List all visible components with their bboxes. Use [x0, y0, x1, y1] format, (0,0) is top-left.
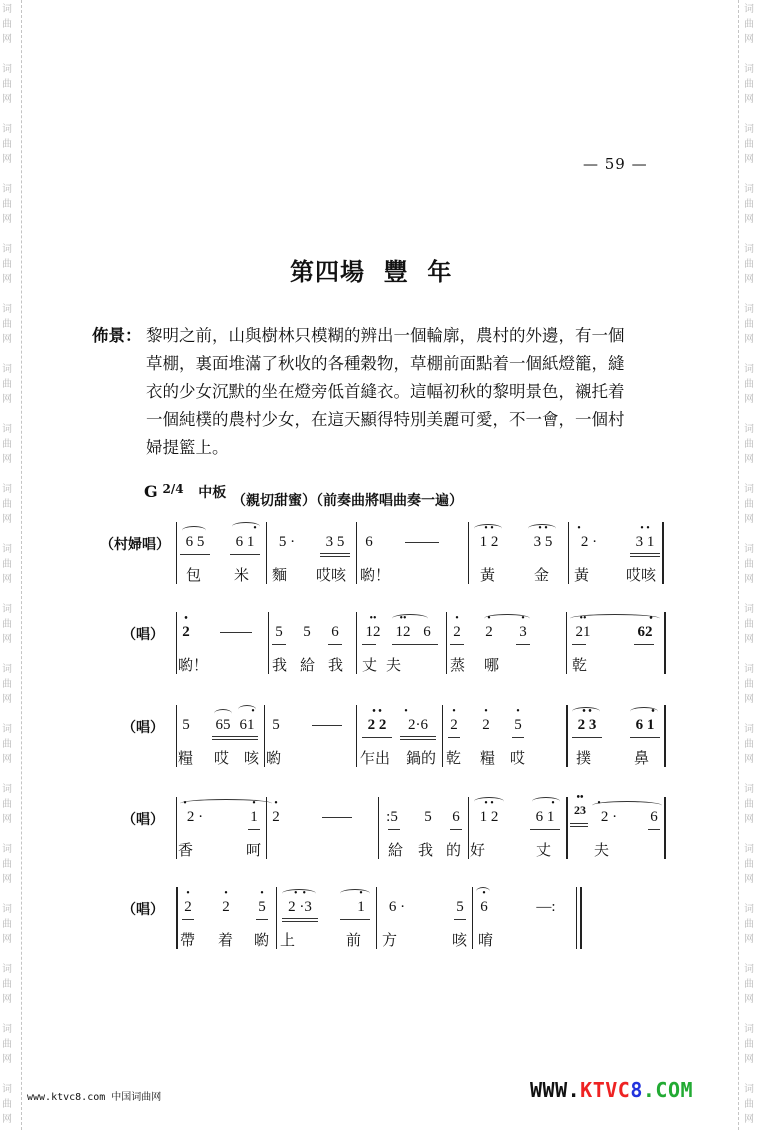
watermark-char: 曲 [2, 620, 12, 630]
underline-beam [248, 829, 260, 830]
watermark-char: 词 [744, 845, 754, 855]
watermark-char: 网 [2, 635, 12, 645]
watermark-char: 网 [2, 455, 12, 465]
watermark-char: 曲 [744, 920, 754, 930]
watermark-char: 曲 [2, 740, 12, 750]
watermark-char: 网 [744, 155, 754, 165]
watermark-char: 网 [2, 395, 12, 405]
watermark-char: 词 [2, 365, 12, 375]
barline [442, 705, 443, 767]
note-group: • •2 2 [362, 717, 392, 734]
watermark-char: 曲 [2, 1100, 12, 1110]
watermark-char: 网 [744, 215, 754, 225]
note-group: • •1 2 [474, 534, 504, 551]
watermark-char: 词 [744, 65, 754, 75]
octave-dot: • [182, 891, 194, 897]
note-group: • •3 1 [630, 534, 660, 551]
lyric: 哎咳 [316, 564, 346, 585]
lyric: 我 [418, 839, 433, 860]
watermark-char: 词 [2, 665, 12, 675]
octave-dot: • • [630, 526, 660, 532]
footer-site-text: www.ktvc8.com 中国词曲网 [27, 1088, 161, 1103]
watermark-char: 词 [2, 605, 12, 615]
watermark-char: 曲 [2, 800, 12, 810]
lyric: 乾 [446, 747, 461, 768]
watermark-char: 网 [744, 275, 754, 285]
watermark-char: 词 [2, 1025, 12, 1035]
barline [176, 705, 177, 767]
lyric: 好 [470, 839, 485, 860]
note-group: :5 [382, 809, 402, 826]
note-group: 5 · [272, 534, 302, 551]
watermark-char: 网 [744, 755, 754, 765]
score-row-4: （唱） •2 · •1 •2 :5 5 6 • •1 2 •6 1 ••23 •… [100, 797, 670, 867]
score-row-1: （村婦唱） 6 5 •6 1 5 · 3 5 6 • •1 2 • •3 5 •… [100, 522, 670, 592]
setting-line: 婦提籃上。 [146, 434, 686, 462]
setting-line: 草棚，裏面堆滿了秋收的各種穀物，草棚前面點着一個紙燈籠，縫 [146, 350, 686, 378]
watermark-char: 网 [744, 695, 754, 705]
lyric: 哪 [484, 654, 499, 675]
barline [176, 797, 177, 859]
octave-dot: • [478, 891, 490, 897]
barline [664, 705, 666, 767]
watermark-char: 网 [2, 695, 12, 705]
note-group: 6 [648, 809, 660, 826]
watermark-char: 曲 [744, 260, 754, 270]
watermark-char: 词 [744, 905, 754, 915]
watermark-char: 曲 [744, 860, 754, 870]
note-group: 65 [212, 717, 234, 734]
watermark-char: 网 [744, 575, 754, 585]
watermark-char: 词 [744, 365, 754, 375]
octave-dot: • • [572, 709, 602, 715]
underline-beam [362, 644, 376, 645]
watermark-char: 词 [2, 125, 12, 135]
watermark-char: 词 [2, 5, 12, 15]
watermark-char: 词 [744, 605, 754, 615]
watermark-char: 曲 [744, 20, 754, 30]
underline-beam [454, 919, 466, 920]
barline [568, 522, 569, 584]
watermark-char: 网 [744, 395, 754, 405]
note-group: 5 [270, 717, 282, 734]
barline [266, 522, 267, 584]
sustain-dash [312, 725, 342, 726]
end-repeat-dash: —: [524, 899, 568, 916]
lyric: 糧 [178, 747, 193, 768]
watermark-char: 词 [2, 485, 12, 495]
underline-beam [570, 823, 588, 827]
underline-beam [516, 644, 530, 645]
setting-line: 一個純樸的農村少女，在這天顯得特別美麗可愛，不一會，一個村 [146, 406, 686, 434]
note-group: 6 5 [180, 534, 210, 551]
barline [264, 705, 265, 767]
barline [376, 887, 377, 949]
setting-line: 黎明之前，山與樹林只模糊的辨出一個輪廓，農村的外邊，有一個 [146, 322, 686, 350]
note-group: •5 [512, 717, 524, 734]
singer-label: （唱） [122, 899, 164, 919]
lyric: 黃 [480, 564, 495, 585]
watermark-char: 曲 [744, 560, 754, 570]
note-group: 6 · [382, 899, 412, 916]
lyric: 咳 [452, 929, 467, 950]
note-group: 6 [328, 624, 342, 641]
watermark-char: 词 [744, 5, 754, 15]
octave-dot: • [354, 891, 368, 897]
barline [356, 612, 357, 674]
watermark-char: 网 [744, 335, 754, 345]
watermark-char: 网 [2, 995, 12, 1005]
octave-dot: • [516, 616, 530, 622]
underline-beam [450, 644, 464, 645]
lyric: 喲 [254, 929, 269, 950]
watermark-char: 曲 [2, 260, 12, 270]
octave-dot: • [448, 709, 460, 715]
watermark-char: 词 [2, 425, 12, 435]
underline-beam [400, 736, 436, 740]
octave-dot: • • [282, 891, 318, 897]
watermark-char: 词 [744, 665, 754, 675]
barline [176, 612, 177, 674]
octave-dot: • [400, 709, 412, 715]
page-number: — 59 — [583, 155, 648, 173]
underline-beam [630, 553, 660, 557]
score-row-2: （唱） •2 5 5 6 ••12 ••12 6 •2 •2 •3 ••21 •… [100, 612, 670, 682]
underline-beam [450, 829, 462, 830]
watermark-char: 曲 [744, 800, 754, 810]
setting-body: 黎明之前，山與樹林只模糊的辨出一個輪廓，農村的外邊，有一個 草棚，裏面堆滿了秋收… [146, 322, 686, 462]
underline-beam [328, 644, 342, 645]
octave-dot: • [242, 709, 264, 715]
lyric: 香 [178, 839, 193, 860]
watermark-char: 网 [2, 35, 12, 45]
watermark-char: 曲 [744, 380, 754, 390]
barline [472, 887, 473, 949]
lyric: 給 [300, 654, 315, 675]
watermark-char: 曲 [2, 140, 12, 150]
watermark-char: 网 [744, 1055, 754, 1065]
octave-dot: • [270, 801, 282, 807]
barline [446, 612, 447, 674]
underline-beam [572, 644, 586, 645]
singer-label: （唱） [122, 717, 164, 737]
watermark-char: 词 [744, 425, 754, 435]
score-row-5: （唱） •2 •2 •5 • •2 ·3 •1 6 · 5 •6 —: 帶 着 … [100, 887, 670, 957]
lyric: 黃 [574, 564, 589, 585]
note-group: 5 [272, 624, 286, 641]
watermark-char: 曲 [744, 1100, 754, 1110]
scene-title: 第四場 豐 年 [290, 252, 452, 287]
logo-part-com: .COM [643, 1078, 693, 1102]
watermark-char: 词 [744, 965, 754, 975]
watermark-char: 网 [744, 635, 754, 645]
note-group: 6 [362, 534, 376, 551]
watermark-char: 词 [2, 785, 12, 795]
grace-notes: ••23 [570, 803, 590, 818]
note-group: •62 [634, 624, 656, 641]
note-group: •3 [516, 624, 530, 641]
barline [356, 705, 357, 767]
singer-label: （唱） [122, 624, 164, 644]
watermark-char: 网 [2, 1055, 12, 1065]
watermark-char: 词 [744, 245, 754, 255]
underline-beam [530, 829, 560, 830]
octave-dot: • [450, 616, 464, 622]
underline-beam [256, 919, 268, 920]
watermark-char: 网 [2, 275, 12, 285]
watermark-char: 网 [744, 875, 754, 885]
watermark-char: 网 [744, 1115, 754, 1125]
barline [664, 797, 666, 859]
note-group: 5 [300, 624, 314, 641]
note-group: •2 [180, 624, 192, 641]
watermark-char: 词 [744, 305, 754, 315]
barline [356, 522, 357, 584]
underline-beam [630, 737, 660, 738]
underline-beam [648, 829, 660, 830]
watermark-char: 曲 [744, 200, 754, 210]
octave-dot: • • [362, 709, 392, 715]
sustain-dash [220, 632, 252, 633]
note-group: 6 [420, 624, 434, 641]
watermark-char: 曲 [2, 380, 12, 390]
underline-beam [180, 554, 210, 555]
watermark-char: 网 [2, 215, 12, 225]
watermark-char: 曲 [744, 80, 754, 90]
watermark-char: 曲 [2, 560, 12, 570]
lyric: 喲！ [360, 564, 390, 585]
underline-beam [512, 737, 524, 738]
underline-beam [212, 736, 258, 740]
singer-label: （村婦唱） [100, 534, 170, 554]
watermark-char: 网 [2, 515, 12, 525]
watermark-char: 曲 [2, 500, 12, 510]
note-group: •61 [236, 717, 258, 734]
octave-dot: • [480, 709, 492, 715]
watermark-char: 网 [2, 335, 12, 345]
barline [566, 705, 568, 767]
note-group: •2 [182, 899, 194, 916]
lyric: 我 [272, 654, 287, 675]
octave-dot: • [640, 616, 662, 622]
barline [662, 522, 664, 584]
lyric: 丈 [536, 839, 551, 860]
octave-dot: • [574, 526, 584, 532]
note-group: 3 5 [320, 534, 350, 551]
underline-beam [320, 553, 350, 557]
lyric: 唷 [478, 929, 493, 950]
note-group: •1 [354, 899, 368, 916]
watermark-char: 词 [2, 1085, 12, 1095]
watermark-column-right: 词曲网词曲网词曲网词曲网词曲网词曲网词曲网词曲网词曲网词曲网词曲网词曲网词曲网词… [742, 0, 756, 1130]
lyric: 哎咳 [626, 564, 656, 585]
lyric: 哎 [510, 747, 525, 768]
watermark-char: 网 [2, 155, 12, 165]
note-group: • •2 3 [572, 717, 602, 734]
watermark-char: 网 [2, 575, 12, 585]
watermark-char: 曲 [744, 740, 754, 750]
underline-beam [388, 829, 400, 830]
watermark-char: 网 [744, 95, 754, 105]
lyric: 鼻 [634, 747, 649, 768]
watermark-char: 曲 [744, 500, 754, 510]
watermark-char: 网 [744, 995, 754, 1005]
note-group: 6 [450, 809, 462, 826]
lyric: 夫 [386, 654, 401, 675]
octave-dot: • • [528, 526, 558, 532]
watermark-char: 词 [2, 185, 12, 195]
setting-line: 衣的少女沉默的坐在燈旁低首縫衣。這幅初秋的黎明景色，襯托着 [146, 378, 686, 406]
octave-dot: •• [570, 795, 590, 801]
underline-beam [272, 644, 286, 645]
note-group: •2·6 [400, 717, 436, 734]
note-group: ••12 [392, 624, 414, 641]
repeat-barline-thick [580, 887, 582, 949]
lyric: 上 [280, 929, 295, 950]
watermark-char: 词 [744, 1025, 754, 1035]
watermark-char: 词 [744, 1085, 754, 1095]
underline-beam [572, 737, 602, 738]
lyric: 帶 [180, 929, 195, 950]
lyric: 喲 [266, 747, 281, 768]
note-group: •2 · [180, 809, 210, 826]
note-group: •6 1 [530, 809, 560, 826]
octave-dot: • [512, 709, 524, 715]
expression-marking: （親切甜蜜）（前奏曲將唱曲奏一遍） [232, 490, 463, 510]
watermark-char: 曲 [744, 620, 754, 630]
octave-dot: • [482, 616, 496, 622]
watermark-char: 词 [744, 725, 754, 735]
logo-part-ktvc: KTVC [580, 1078, 630, 1102]
margin-dashed-line-left [21, 0, 22, 1130]
barline [468, 522, 469, 584]
watermark-char: 曲 [2, 440, 12, 450]
lyric: 方 [382, 929, 397, 950]
note-group: •2 · [574, 534, 604, 551]
tempo-marking: 中板 [198, 485, 226, 501]
watermark-char: 曲 [2, 20, 12, 30]
lyric: 金 [534, 564, 549, 585]
note-group: •1 [248, 809, 260, 826]
watermark-char: 曲 [2, 1040, 12, 1050]
lyric: 丈 [362, 654, 377, 675]
barline [566, 612, 567, 674]
watermark-char: 网 [744, 455, 754, 465]
key-signature: G [144, 482, 158, 501]
watermark-char: 词 [744, 185, 754, 195]
watermark-char: 网 [2, 935, 12, 945]
note-group: •6 1 [630, 717, 660, 734]
note-group: •6 [478, 899, 490, 916]
score-row-3: （唱） 5 65 •61 5 • •2 2 •2·6 •2 •2 •5 • •2… [100, 705, 670, 775]
watermark-char: 词 [2, 545, 12, 555]
watermark-char: 词 [2, 65, 12, 75]
barline [566, 797, 568, 859]
note-group: 5 [180, 717, 192, 734]
sustain-dash [405, 542, 439, 543]
watermark-char: 词 [2, 965, 12, 975]
note-group: • •3 5 [528, 534, 558, 551]
lyric: 鍋的 [406, 747, 436, 768]
note-group: •2 [450, 624, 464, 641]
barline [176, 887, 178, 949]
barline [276, 887, 277, 949]
lyric: 米 [234, 564, 249, 585]
watermark-char: 词 [744, 485, 754, 495]
lyric: 麵 [272, 564, 287, 585]
octave-dot: • • [474, 801, 504, 807]
octave-dot: • [538, 801, 568, 807]
underline-beam [182, 919, 194, 920]
lyric: 撲 [576, 747, 591, 768]
watermark-char: 曲 [744, 980, 754, 990]
underline-beam [340, 919, 370, 920]
watermark-char: 曲 [2, 320, 12, 330]
logo-part-www: WWW. [530, 1078, 580, 1102]
watermark-char: 曲 [2, 920, 12, 930]
lyric: 包 [186, 564, 201, 585]
watermark-char: 网 [744, 35, 754, 45]
watermark-char: 词 [2, 845, 12, 855]
watermark-char: 曲 [2, 680, 12, 690]
lyric: 蒸 [450, 654, 465, 675]
lyric: 哎 [214, 747, 229, 768]
note-group: •2 [220, 899, 232, 916]
lyric: 呵 [246, 839, 261, 860]
lyric: 着 [218, 929, 233, 950]
watermark-char: 词 [2, 245, 12, 255]
octave-dot: • [248, 801, 260, 807]
watermark-char: 曲 [2, 80, 12, 90]
setting-label: 佈景： [92, 322, 142, 350]
watermark-char: 词 [744, 785, 754, 795]
watermark-char: 曲 [744, 140, 754, 150]
watermark-char: 曲 [744, 440, 754, 450]
lyric: 喲！ [178, 654, 208, 675]
note-group: •6 1 [230, 534, 260, 551]
barline [378, 797, 379, 859]
watermark-char: 网 [2, 875, 12, 885]
note-group: •2 [482, 624, 496, 641]
octave-dot: •• [572, 616, 594, 622]
octave-dot: • [220, 891, 232, 897]
repeat-barline [576, 887, 577, 949]
logo-part-8: 8 [630, 1078, 643, 1102]
octave-dot: • [594, 801, 604, 807]
note-group: •2 [448, 717, 460, 734]
watermark-char: 词 [2, 725, 12, 735]
lyric: 前 [346, 929, 361, 950]
footer-site-logo: WWW.KTVC8.COM [530, 1078, 693, 1102]
watermark-char: 网 [2, 815, 12, 825]
sustain-dash [322, 817, 352, 818]
lyric: 我 [328, 654, 343, 675]
note-group: •5 [256, 899, 268, 916]
octave-dot: •• [392, 616, 414, 622]
octave-dot: • [180, 616, 192, 622]
watermark-char: 网 [744, 515, 754, 525]
note-group: •2 · [594, 809, 624, 826]
note-group: ••12 [362, 624, 384, 641]
watermark-char: 网 [2, 755, 12, 765]
watermark-char: 曲 [744, 1040, 754, 1050]
watermark-char: 曲 [744, 320, 754, 330]
lyric: 乾 [572, 654, 587, 675]
watermark-char: 网 [744, 815, 754, 825]
note-group: 5 [422, 809, 434, 826]
note-group: •2 [270, 809, 282, 826]
underline-beam [634, 644, 654, 645]
